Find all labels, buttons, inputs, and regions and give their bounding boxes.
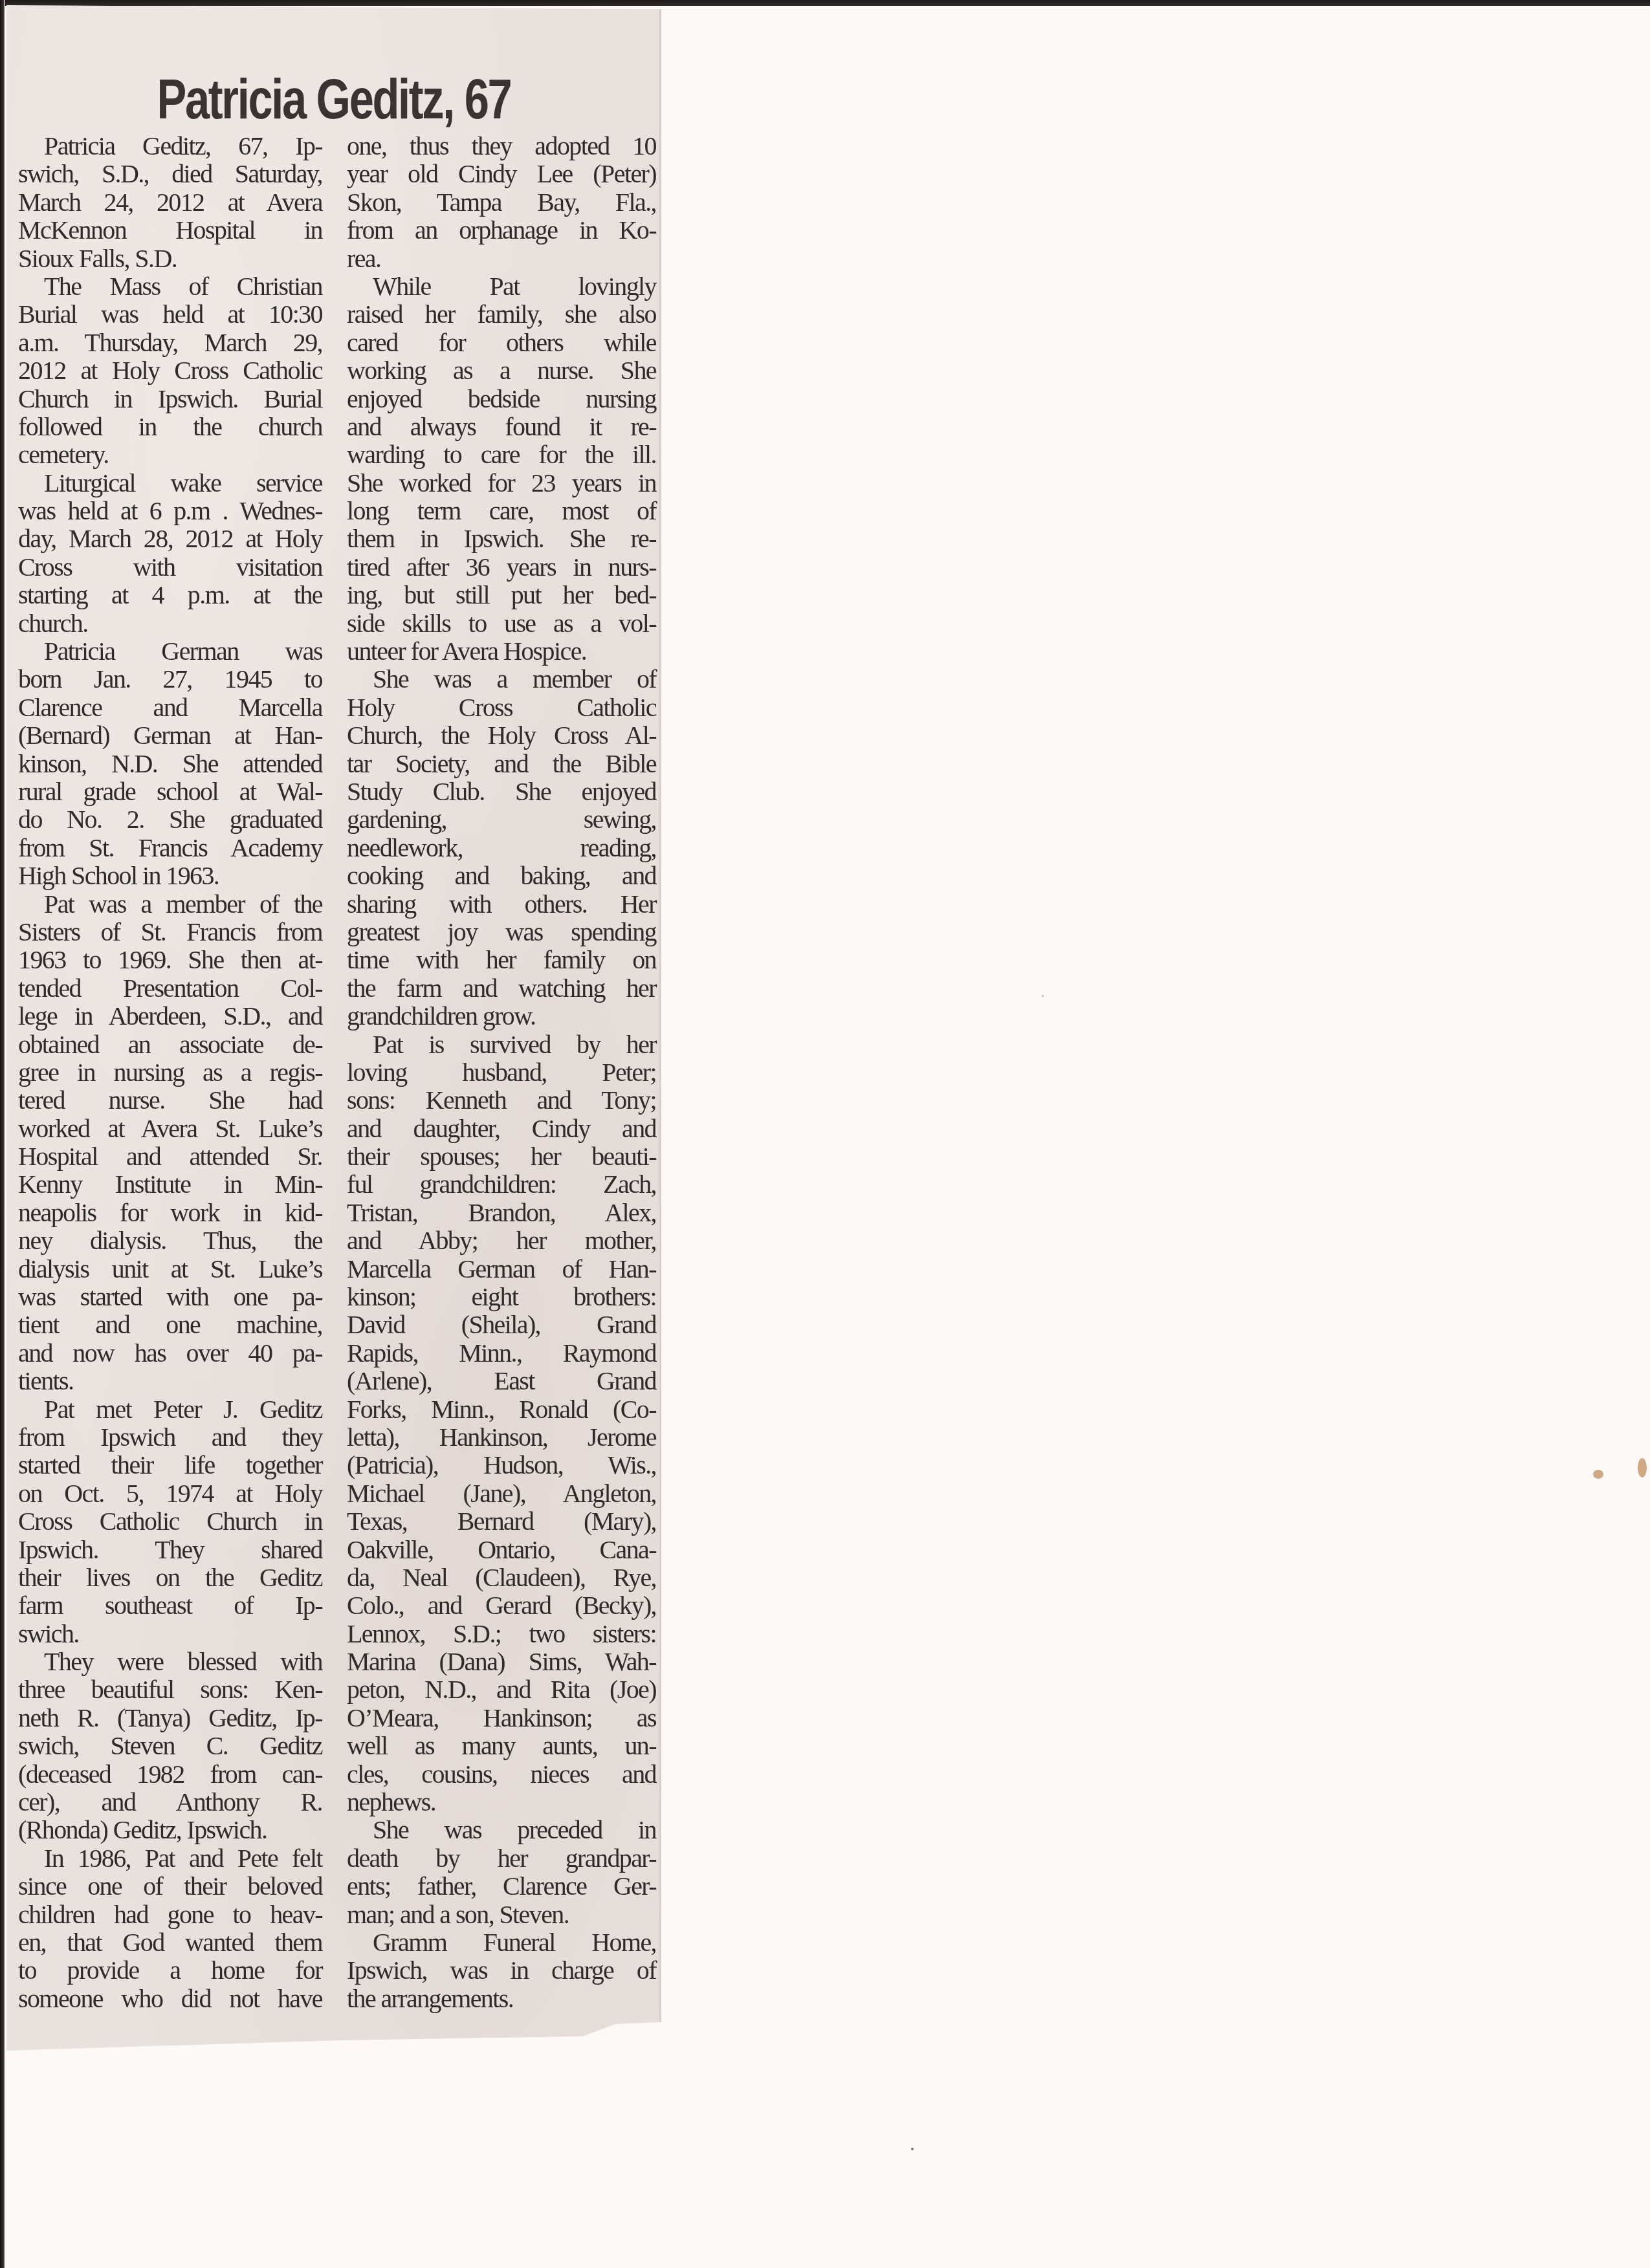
text-line: them in Ipswich. She re- bbox=[347, 525, 656, 552]
text-line: followed in the church bbox=[18, 413, 322, 441]
text-line: man; and a son, Steven. bbox=[347, 1901, 656, 1928]
scanner-left-border bbox=[0, 0, 5, 2268]
text-line: starting at 4 p.m. at the bbox=[18, 581, 322, 609]
text-line: Lennox, S.D.; two sisters: bbox=[347, 1620, 656, 1648]
text-line: 1963 to 1969. She then at- bbox=[18, 946, 322, 974]
scan-dust-dot bbox=[1042, 995, 1044, 997]
obituary-column-right: one, thus they adopted 10year old Cindy … bbox=[347, 132, 656, 2012]
text-line: born Jan. 27, 1945 to bbox=[18, 665, 322, 693]
text-line: rea. bbox=[347, 245, 656, 272]
text-line: from Ipswich and they bbox=[18, 1423, 322, 1451]
text-line: tired after 36 years in nurs- bbox=[347, 553, 656, 581]
text-line: from St. Francis Academy bbox=[18, 834, 322, 862]
text-line: They were blessed with bbox=[18, 1648, 322, 1675]
text-line: working as a nurse. She bbox=[347, 356, 656, 384]
text-line: dialysis unit at St. Luke’s bbox=[18, 1255, 322, 1283]
text-line: raised her family, she also bbox=[347, 300, 656, 328]
text-line: was started with one pa- bbox=[18, 1283, 322, 1311]
text-line: cared for others while bbox=[347, 329, 656, 356]
text-line: was held at 6 p.m . Wednes- bbox=[18, 497, 322, 525]
text-line: (Arlene), East Grand bbox=[347, 1367, 656, 1395]
text-line: swich. bbox=[18, 1620, 322, 1648]
text-line: the farm and watching her bbox=[347, 974, 656, 1002]
text-line: from an orphanage in Ko- bbox=[347, 216, 656, 244]
text-line: farm southeast of Ip- bbox=[18, 1591, 322, 1619]
text-line: obtained an associate de- bbox=[18, 1030, 322, 1058]
text-line: Sisters of St. Francis from bbox=[18, 918, 322, 946]
text-line: Marina (Dana) Sims, Wah- bbox=[347, 1648, 656, 1675]
newspaper-clipping: Patricia Geditz, 67 Patricia Geditz, 67,… bbox=[6, 5, 661, 2051]
text-line: Liturgical wake service bbox=[18, 469, 322, 497]
text-line: their spouses; her beauti- bbox=[347, 1142, 656, 1170]
text-line: She was a member of bbox=[347, 665, 656, 693]
text-line: day, March 28, 2012 at Holy bbox=[18, 525, 322, 552]
text-line: Skon, Tampa Bay, Fla., bbox=[347, 188, 656, 216]
text-line: someone who did not have bbox=[18, 1985, 322, 2012]
text-line: needlework, reading, bbox=[347, 834, 656, 862]
text-line: nephews. bbox=[347, 1788, 656, 1816]
text-line: Rapids, Minn., Raymond bbox=[347, 1339, 656, 1367]
text-line: ney dialysis. Thus, the bbox=[18, 1227, 322, 1254]
text-line: time with her family on bbox=[347, 946, 656, 974]
text-line: gardening, sewing, bbox=[347, 805, 656, 833]
text-line: and Abby; her mother, bbox=[347, 1227, 656, 1254]
text-line: greatest joy was spending bbox=[347, 918, 656, 946]
text-line: gree in nursing as a regis- bbox=[18, 1058, 322, 1086]
text-line: lege in Aberdeen, S.D., and bbox=[18, 1002, 322, 1030]
text-line: peton, N.D., and Rita (Joe) bbox=[347, 1675, 656, 1703]
text-line: Study Club. She enjoyed bbox=[347, 778, 656, 805]
text-line: She worked for 23 years in bbox=[347, 469, 656, 497]
text-line: Tristan, Brandon, Alex, bbox=[347, 1199, 656, 1227]
text-line: Cross with visitation bbox=[18, 553, 322, 581]
text-line: and daughter, Cindy and bbox=[347, 1115, 656, 1142]
text-line: Patricia Geditz, 67, Ip- bbox=[18, 132, 322, 160]
text-line: (deceased 1982 from can- bbox=[18, 1760, 322, 1788]
text-line: March 24, 2012 at Avera bbox=[18, 188, 322, 216]
text-line: the arrangements. bbox=[347, 1985, 656, 2012]
text-line: their lives on the Geditz bbox=[18, 1564, 322, 1591]
text-line: Ipswich. They shared bbox=[18, 1536, 322, 1564]
text-line: Colo., and Gerard (Becky), bbox=[347, 1591, 656, 1619]
text-line: loving husband, Peter; bbox=[347, 1058, 656, 1086]
text-line: well as many aunts, un- bbox=[347, 1732, 656, 1760]
text-line: enjoyed bedside nursing bbox=[347, 385, 656, 413]
text-line: Church, the Holy Cross Al- bbox=[347, 721, 656, 749]
text-line: In 1986, Pat and Pete felt bbox=[18, 1844, 322, 1872]
text-line: McKennon Hospital in bbox=[18, 216, 322, 244]
text-line: Pat is survived by her bbox=[347, 1030, 656, 1058]
text-line: a.m. Thursday, March 29, bbox=[18, 329, 322, 356]
text-line: cles, cousins, nieces and bbox=[347, 1760, 656, 1788]
text-line: Michael (Jane), Angleton, bbox=[347, 1479, 656, 1507]
text-line: long term care, most of bbox=[347, 497, 656, 525]
text-line: Clarence and Marcella bbox=[18, 693, 322, 721]
text-line: (Bernard) German at Han- bbox=[18, 721, 322, 749]
text-line: (Rhonda) Geditz, Ipswich. bbox=[18, 1816, 322, 1844]
text-line: side skills to use as a vol- bbox=[347, 609, 656, 637]
text-line: ents; father, Clarence Ger- bbox=[347, 1872, 656, 1900]
text-line: children had gone to heav- bbox=[18, 1901, 322, 1928]
text-line: do No. 2. She graduated bbox=[18, 805, 322, 833]
text-line: kinson; eight brothers: bbox=[347, 1283, 656, 1311]
text-line: O’Meara, Hankinson; as bbox=[347, 1704, 656, 1732]
text-line: Pat met Peter J. Geditz bbox=[18, 1395, 322, 1423]
text-line: cer), and Anthony R. bbox=[18, 1788, 322, 1816]
text-line: swich, Steven C. Geditz bbox=[18, 1732, 322, 1760]
text-line: tered nurse. She had bbox=[18, 1086, 322, 1114]
text-line: Pat was a member of the bbox=[18, 890, 322, 918]
text-line: (Patricia), Hudson, Wis., bbox=[347, 1451, 656, 1479]
text-line: Holy Cross Catholic bbox=[347, 693, 656, 721]
text-line: Burial was held at 10:30 bbox=[18, 300, 322, 328]
text-line: grandchildren grow. bbox=[347, 1002, 656, 1030]
text-line: cooking and baking, and bbox=[347, 862, 656, 889]
debris-speck bbox=[1638, 1458, 1647, 1477]
text-line: death by her grandpar- bbox=[347, 1844, 656, 1872]
text-line: kinson, N.D. She attended bbox=[18, 750, 322, 778]
text-line: She was preceded in bbox=[347, 1816, 656, 1844]
text-line: to provide a home for bbox=[18, 1956, 322, 1984]
scanner-top-border bbox=[0, 0, 1650, 6]
text-line: tients. bbox=[18, 1367, 322, 1395]
text-line: Ipswich, was in charge of bbox=[347, 1956, 656, 1984]
text-line: on Oct. 5, 1974 at Holy bbox=[18, 1479, 322, 1507]
text-line: sons: Kenneth and Tony; bbox=[347, 1086, 656, 1114]
text-line: Forks, Minn., Ronald (Co- bbox=[347, 1395, 656, 1423]
text-line: rural grade school at Wal- bbox=[18, 778, 322, 805]
text-line: Texas, Bernard (Mary), bbox=[347, 1507, 656, 1535]
text-line: and always found it re- bbox=[347, 413, 656, 441]
obituary-headline: Patricia Geditz, 67 bbox=[78, 67, 589, 131]
text-line: Marcella German of Han- bbox=[347, 1255, 656, 1283]
debris-speck bbox=[1593, 1470, 1603, 1479]
text-line: letta), Hankinson, Jerome bbox=[347, 1423, 656, 1451]
text-line: since one of their beloved bbox=[18, 1872, 322, 1900]
text-line: ful grandchildren: Zach, bbox=[347, 1170, 656, 1198]
text-line: one, thus they adopted 10 bbox=[347, 132, 656, 160]
text-line: sharing with others. Her bbox=[347, 890, 656, 918]
text-line: Hospital and attended Sr. bbox=[18, 1142, 322, 1170]
text-line: worked at Avera St. Luke’s bbox=[18, 1115, 322, 1142]
text-line: swich, S.D., died Saturday, bbox=[18, 160, 322, 188]
text-line: and now has over 40 pa- bbox=[18, 1339, 322, 1367]
text-line: en, that God wanted them bbox=[18, 1928, 322, 1956]
text-line: Sioux Falls, S.D. bbox=[18, 245, 322, 272]
text-line: tient and one machine, bbox=[18, 1311, 322, 1338]
text-line: tar Society, and the Bible bbox=[347, 750, 656, 778]
text-line: Gramm Funeral Home, bbox=[347, 1928, 656, 1956]
text-line: tended Presentation Col- bbox=[18, 974, 322, 1002]
text-line: warding to care for the ill. bbox=[347, 441, 656, 468]
obituary-column-left: Patricia Geditz, 67, Ip-swich, S.D., die… bbox=[18, 132, 322, 2012]
text-line: Church in Ipswich. Burial bbox=[18, 385, 322, 413]
text-line: started their life together bbox=[18, 1451, 322, 1479]
text-line: High School in 1963. bbox=[18, 862, 322, 889]
text-line: neth R. (Tanya) Geditz, Ip- bbox=[18, 1704, 322, 1732]
text-line: year old Cindy Lee (Peter) bbox=[347, 160, 656, 188]
text-line: da, Neal (Claudeen), Rye, bbox=[347, 1564, 656, 1591]
text-line: 2012 at Holy Cross Catholic bbox=[18, 356, 322, 384]
text-line: While Pat lovingly bbox=[347, 272, 656, 300]
text-line: Cross Catholic Church in bbox=[18, 1507, 322, 1535]
text-line: neapolis for work in kid- bbox=[18, 1199, 322, 1227]
text-line: Patricia German was bbox=[18, 637, 322, 665]
text-line: three beautiful sons: Ken- bbox=[18, 1675, 322, 1703]
text-line: ing, but still put her bed- bbox=[347, 581, 656, 609]
text-line: Kenny Institute in Min- bbox=[18, 1170, 322, 1198]
text-line: David (Sheila), Grand bbox=[347, 1311, 656, 1338]
text-line: unteer for Avera Hospice. bbox=[347, 637, 656, 665]
scan-dust-dot bbox=[911, 2148, 914, 2150]
text-line: Oakville, Ontario, Cana- bbox=[347, 1536, 656, 1564]
text-line: The Mass of Christian bbox=[18, 272, 322, 300]
text-line: church. bbox=[18, 609, 322, 637]
text-line: cemetery. bbox=[18, 441, 322, 468]
